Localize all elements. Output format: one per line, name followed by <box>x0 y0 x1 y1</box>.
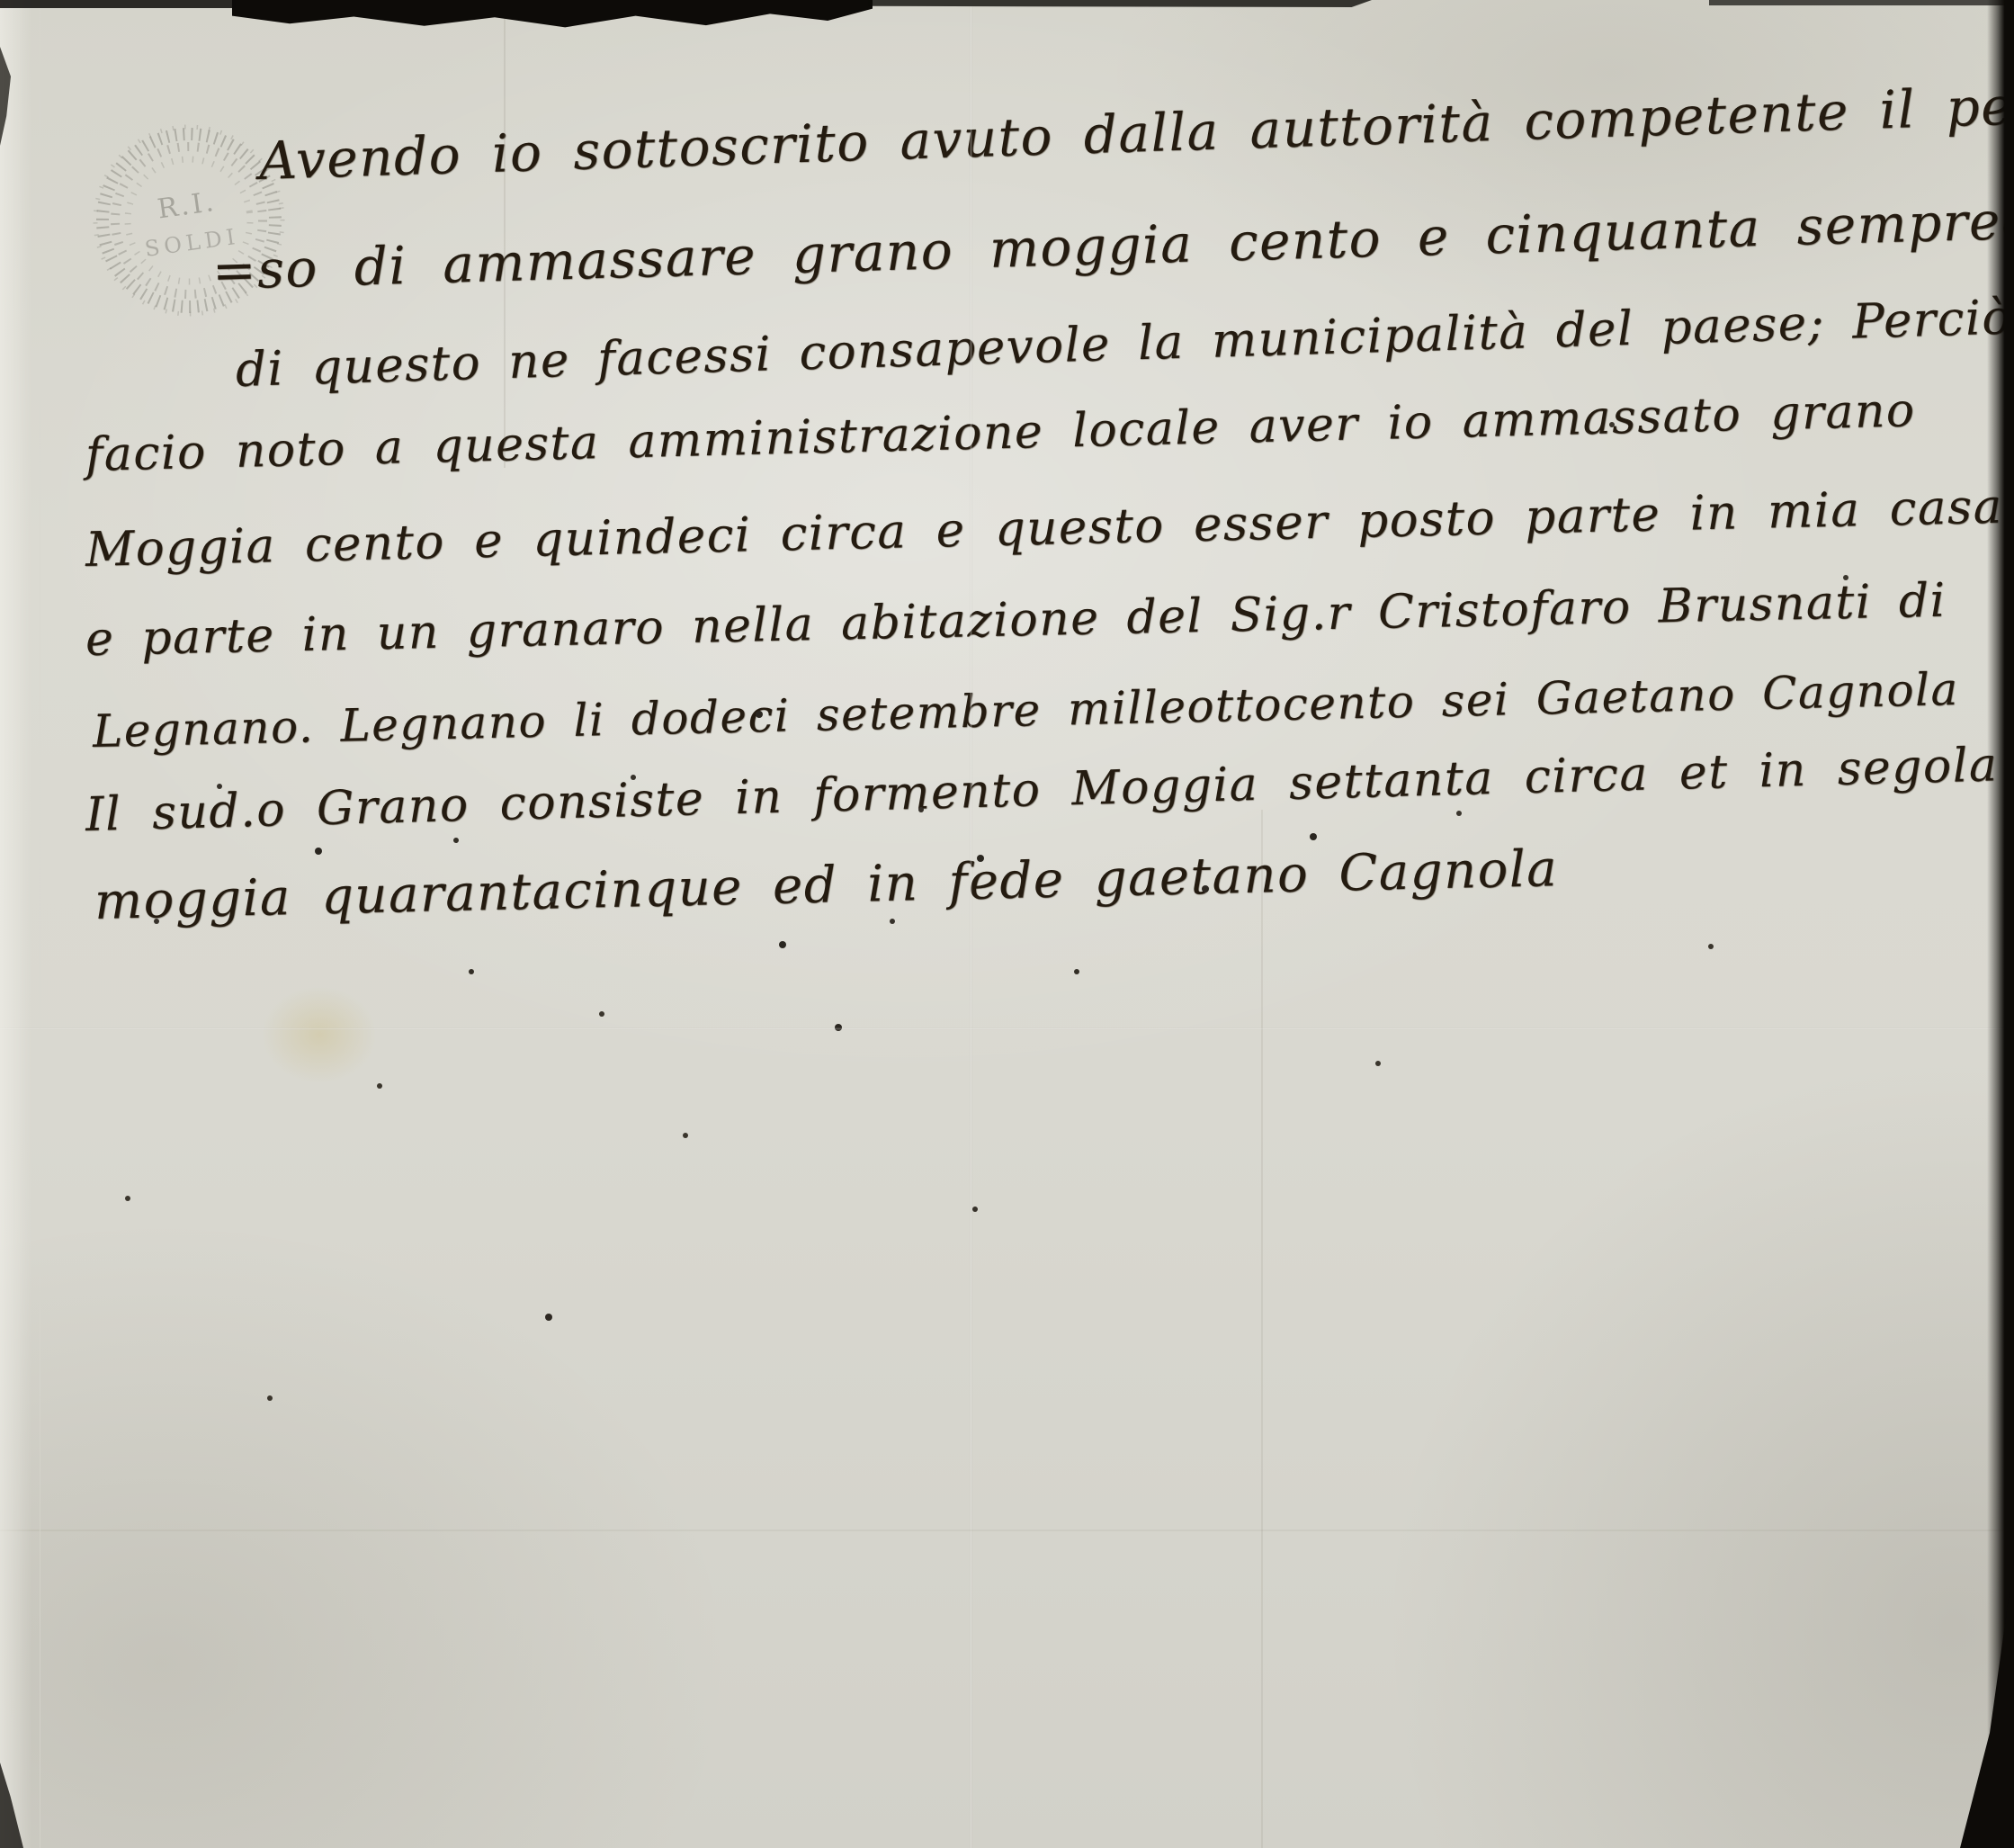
manuscript-line-4: facio noto a questa amministrazione loca… <box>85 387 1916 479</box>
paper-stain <box>261 985 378 1084</box>
scan-edge-top <box>0 0 236 8</box>
manuscript-page: R.I. SOLDI Avendo io sottoscrito avuto d… <box>0 0 2014 1848</box>
manuscript-line-3: di questo ne facessi consapevole la muni… <box>235 293 2012 394</box>
horizontal-crease <box>0 1530 2014 1531</box>
paper-left-edge <box>0 0 40 1848</box>
manuscript-line-6: e parte in un granaro nella abitazione d… <box>85 578 1947 663</box>
scan-edge-right <box>1987 0 2014 1848</box>
vertical-crease <box>1261 810 1263 1848</box>
stamp-text-ri: R.I. <box>156 186 219 226</box>
manuscript-line-8: Il sud.o Grano consiste in formento Mogg… <box>85 741 1999 839</box>
manuscript-line-5: Moggia cento e quindeci circa e questo e… <box>85 483 2003 574</box>
manuscript-line-2: =so di ammassare grano moggia cento e ci… <box>211 192 2014 297</box>
manuscript-line-7: Legnano. Legnano li dodeci setembre mill… <box>92 667 1959 754</box>
scan-edge-top <box>232 0 873 29</box>
scan-edge-top <box>1709 0 2014 5</box>
manuscript-line-9: moggia quarantacinque ed in fede gaetano… <box>94 844 1558 928</box>
scan-edge-top <box>868 0 1372 7</box>
manuscript-line-1: Avendo io sottoscrito avuto dalla auttor… <box>258 74 2014 187</box>
